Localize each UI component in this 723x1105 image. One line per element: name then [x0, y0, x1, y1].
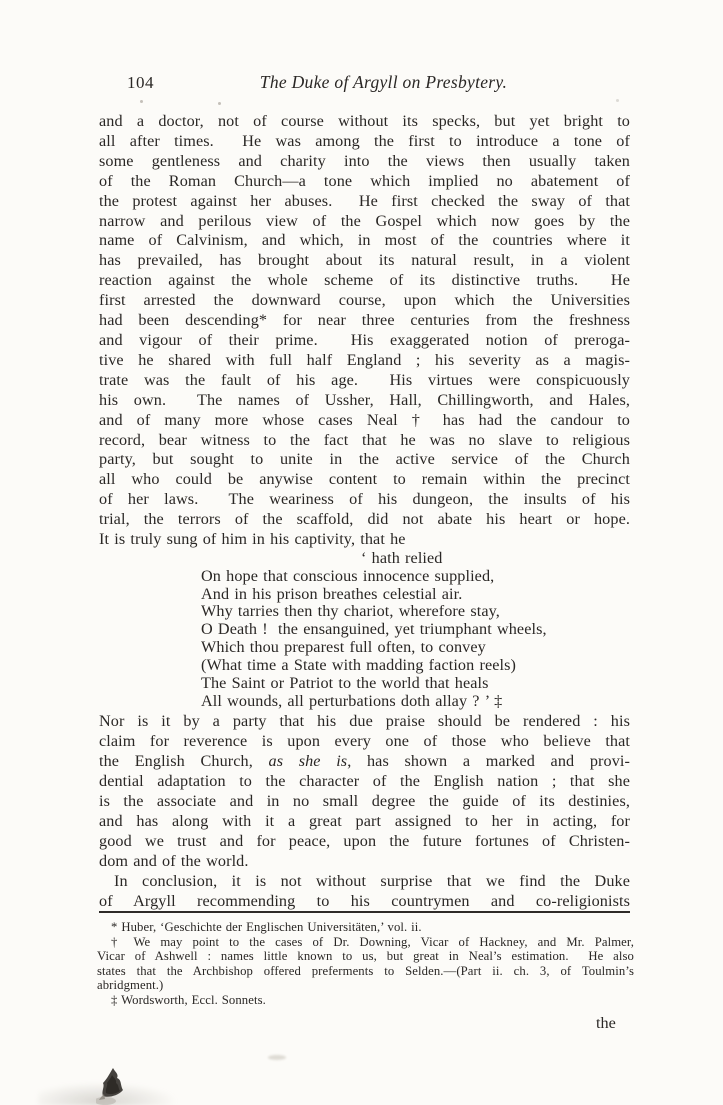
text-line: name of Calvinism, and which, in most of…	[99, 231, 630, 251]
text-line: Nor is it by a party that his due praise…	[99, 711, 630, 731]
scan-speck	[616, 99, 619, 102]
text-line: of her laws. The weariness of his dungeo…	[99, 490, 630, 510]
text-line: dom and of the world.	[99, 851, 630, 871]
text-line: trial, the terrors of the scaffold, did …	[99, 510, 630, 530]
text-line: ‘ hath relied	[201, 550, 630, 568]
text-line: party, but sought to unite in the active…	[99, 450, 630, 470]
text-column: and a doctor, not of course without its …	[99, 112, 630, 911]
scan-speck	[140, 100, 143, 103]
text-line: All wounds, all perturbations doth allay…	[201, 693, 630, 711]
text-line: had been descending* for near three cent…	[99, 311, 630, 331]
text-line: first arrested the downward course, upon…	[99, 291, 630, 311]
text-line: (What time a State with madding faction …	[201, 657, 630, 675]
scan-speck	[218, 102, 221, 105]
poem-quotation: ‘ hath reliedOn hope that conscious inno…	[99, 550, 630, 711]
text-line: On hope that conscious innocence supplie…	[201, 568, 630, 586]
text-line: And in his prison breathes celestial air…	[201, 586, 630, 604]
text-line: ‡ Wordsworth, Eccl. Sonnets.	[97, 993, 634, 1008]
footnotes-block: * Huber, ‘Geschichte der Englischen Univ…	[97, 920, 634, 1008]
text-line: narrow and perilous view of the Gospel w…	[99, 212, 630, 232]
footnote-rule	[99, 911, 630, 913]
ink-blot	[96, 1067, 128, 1105]
scanned-book-page: 104 The Duke of Argyll on Presbytery. an…	[0, 0, 723, 1105]
catchword: the	[596, 1013, 616, 1033]
text-line: reaction against the whole scheme of its…	[99, 271, 630, 291]
text-line: claim for reverence is upon every one of…	[99, 731, 630, 751]
text-line: of Argyll recommending to his countrymen…	[99, 891, 630, 911]
text-line: good we trust and for peace, upon the fu…	[99, 831, 630, 851]
text-line: all who could be anywise content to rema…	[99, 470, 630, 490]
text-line: the English Church, as she is, has shown…	[99, 751, 630, 771]
text-line: In conclusion, it is not without surpris…	[99, 871, 630, 891]
text-line: tive he shared with full half England ; …	[99, 351, 630, 371]
text-line: of the Roman Church—a tone which implied…	[99, 172, 630, 192]
text-line: his own. The names of Ussher, Hall, Chil…	[99, 391, 630, 411]
text-line: trate was the fault of his age. His virt…	[99, 371, 630, 391]
text-line: and a doctor, not of course without its …	[99, 112, 630, 132]
text-line: Why tarries then thy chariot, wherefore …	[201, 603, 630, 621]
text-line: some gentleness and charity into the vie…	[99, 152, 630, 172]
text-line: is the associate and in no small degree …	[99, 791, 630, 811]
text-line: states that the Archbishop offered prefe…	[97, 964, 634, 979]
text-line: all after times. He was among the first …	[99, 132, 630, 152]
paragraph: Nor is it by a party that his due praise…	[99, 711, 630, 872]
text-line: and has along with it a great part assig…	[99, 811, 630, 831]
text-line: O Death ! the ensanguined, yet triumphan…	[201, 621, 630, 639]
text-line: and vigour of their prime. His exaggerat…	[99, 331, 630, 351]
paragraph: In conclusion, it is not without surpris…	[99, 871, 630, 911]
text-line: and of many more whose cases Neal † has …	[99, 411, 630, 431]
text-line: * Huber, ‘Geschichte der Englischen Univ…	[97, 920, 634, 935]
text-line: record, bear witness to the fact that he…	[99, 431, 630, 451]
scan-smudge	[268, 1055, 286, 1060]
text-line: It is truly sung of him in his captivity…	[99, 530, 630, 550]
text-line: Vicar of Ashwell : names little known to…	[97, 949, 634, 964]
text-line: Which thou preparest full often, to conv…	[201, 639, 630, 657]
text-line: the protest against her abuses. He first…	[99, 192, 630, 212]
text-line: The Saint or Patriot to the world that h…	[201, 675, 630, 693]
text-line: abridgment.)	[97, 978, 634, 993]
text-line: has prevailed, has brought about its nat…	[99, 251, 630, 271]
text-line: dential adaptation to the character of t…	[99, 771, 630, 791]
paragraph: and a doctor, not of course without its …	[99, 112, 630, 550]
text-line: † We may point to the cases of Dr. Downi…	[97, 935, 634, 950]
running-title: The Duke of Argyll on Presbytery.	[99, 73, 630, 92]
